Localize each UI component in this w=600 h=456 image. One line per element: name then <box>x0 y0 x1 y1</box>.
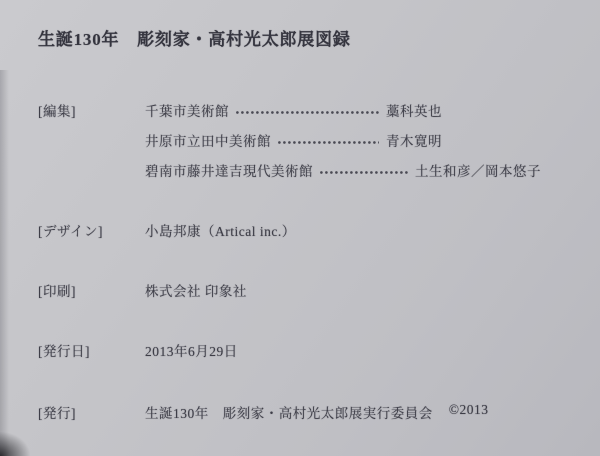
printing-section: [印刷] 株式会社 印象社 <box>38 280 247 300</box>
dotted-leader <box>278 141 379 144</box>
dotted-leader <box>320 171 408 174</box>
design-label: [デザイン] <box>38 220 145 240</box>
publication-date-section: [発行日] 2013年6月29日 <box>38 340 238 360</box>
editor-row: 井原市立田中美術館 青木寛明 <box>145 127 442 157</box>
editor-org: 碧南市藤井達吉現代美術館 <box>145 157 313 187</box>
page-edge-shadow <box>0 70 9 456</box>
editors-label: [編集] <box>38 97 145 127</box>
editor-person: 土生和彦／岡本悠子 <box>415 157 541 187</box>
printing-label: [印刷] <box>38 280 145 300</box>
editor-person: 藁科英也 <box>386 97 442 127</box>
copyright-notice: ©2013 <box>449 402 489 422</box>
editor-org: 千葉市美術館 <box>145 97 229 127</box>
publisher-label: [発行] <box>38 402 145 422</box>
design-value: 小島邦康（Artical inc.） <box>145 220 296 240</box>
printing-value: 株式会社 印象社 <box>145 280 247 300</box>
editor-row: 碧南市藤井達吉現代美術館 土生和彦／岡本悠子 <box>145 157 541 187</box>
dotted-leader <box>236 111 379 114</box>
editor-list: 千葉市美術館 藁科英也 井原市立田中美術館 青木寛明 碧南市藤井達吉現代美術館 … <box>145 97 541 187</box>
colophon-page-photo: 生誕130年 彫刻家・高村光太郎展図録 [編集] 千葉市美術館 藁科英也 井原市… <box>0 0 600 456</box>
publication-date-value: 2013年6月29日 <box>145 340 238 360</box>
publication-date-label: [発行日] <box>38 340 145 360</box>
publisher-section: [発行] 生誕130年 彫刻家・高村光太郎展実行委員会 ©2013 <box>38 402 489 422</box>
design-section: [デザイン] 小島邦康（Artical inc.） <box>38 220 296 240</box>
page-corner-shadow <box>0 432 30 456</box>
editor-person: 青木寛明 <box>386 127 442 157</box>
editor-row: 千葉市美術館 藁科英也 <box>145 97 442 127</box>
editors-section: [編集] 千葉市美術館 藁科英也 井原市立田中美術館 青木寛明 碧南市藤井達吉現… <box>38 97 541 187</box>
editor-org: 井原市立田中美術館 <box>145 127 271 157</box>
publisher-value: 生誕130年 彫刻家・高村光太郎展実行委員会 <box>145 402 433 422</box>
page-title: 生誕130年 彫刻家・高村光太郎展図録 <box>38 25 351 50</box>
